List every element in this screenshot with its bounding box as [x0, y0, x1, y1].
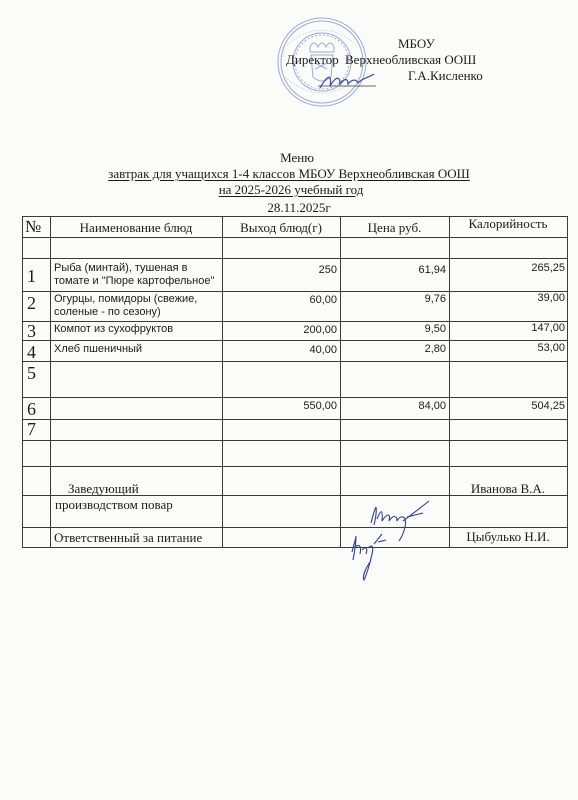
row-1-num: 1: [27, 266, 36, 286]
signature-2-role: Ответственный за питание: [54, 530, 202, 545]
signature-tsybulko: [348, 532, 390, 582]
header-calories: Калорийность: [449, 216, 567, 231]
row-2-name-line2: соленые - по сезону): [54, 306, 161, 319]
signature-1-role-line2: производством повар: [55, 497, 173, 512]
menu-table: № Наименование блюд Выход блюд(г) Цена р…: [22, 216, 568, 548]
row-2-name-line1: Огурцы, помидоры (свежие,: [54, 293, 197, 306]
row-2-calories: 39,00: [449, 292, 565, 305]
row-1-calories: 265,25: [449, 262, 565, 275]
header-price: Цена руб.: [340, 220, 449, 235]
row-2-num: 2: [27, 293, 36, 313]
menu-subtitle-text: завтрак для учащихся 1-4 классов МБОУ Ве…: [108, 166, 470, 181]
row-4-price: 2,80: [340, 343, 446, 356]
row-3-calories: 147,00: [449, 322, 565, 335]
row-3-name: Компот из сухофруктов: [54, 323, 173, 336]
header-num: №: [25, 217, 41, 237]
menu-subtitle: завтрак для учащихся 1-4 классов МБОУ Ве…: [0, 166, 578, 182]
grid-line: [22, 397, 568, 398]
row-4-calories: 53,00: [449, 342, 565, 355]
row-3-price: 9,50: [340, 323, 446, 336]
row-7-num: 7: [27, 419, 36, 439]
grid-line: [22, 340, 568, 341]
row-6-calories-total: 504,25: [449, 400, 565, 413]
director-signature: [318, 70, 378, 92]
row-6-output-total: 550,00: [222, 400, 337, 413]
row-5-num: 5: [27, 363, 36, 383]
signature-1-name: Иванова В.А.: [449, 481, 567, 496]
row-1-price: 61,94: [340, 264, 446, 277]
row-4-name: Хлеб пшеничный: [54, 343, 142, 356]
signature-2-name: Цыбулько Н.И.: [449, 529, 567, 544]
row-2-output: 60,00: [222, 294, 337, 307]
grid-line: [22, 237, 568, 238]
row-1-output: 250: [222, 264, 337, 277]
grid-line: [22, 419, 568, 420]
menu-heading: Меню: [8, 150, 578, 166]
row-3-output: 200,00: [222, 324, 337, 337]
approval-org: МБОУ: [398, 36, 435, 52]
grid-line: [22, 466, 568, 467]
menu-school-year: на 2025-2026 учебный год: [2, 182, 578, 198]
row-6-num: 6: [27, 399, 36, 419]
header-name: Наименование блюд: [50, 220, 222, 235]
grid-line: [22, 258, 568, 259]
row-6-price-total: 84,00: [340, 400, 446, 413]
signature-1-role-line1: Заведующий: [68, 481, 139, 496]
row-1-name-line2: томате и "Пюре картофельное": [54, 275, 214, 288]
grid-line: [22, 440, 568, 441]
grid-line: [50, 216, 51, 548]
approval-role: Директор: [286, 52, 339, 68]
approval-director-name: Г.А.Кисленко: [408, 68, 483, 84]
grid-line: [567, 216, 568, 548]
row-1-name-line1: Рыба (минтай), тушеная в: [54, 262, 188, 275]
row-4-num: 4: [27, 342, 36, 362]
menu-date: 28.11.2025г: [10, 200, 578, 216]
row-3-num: 3: [27, 321, 36, 341]
grid-line: [22, 216, 23, 548]
grid-line: [22, 361, 568, 362]
menu-school-year-text: на 2025-2026 учебный год: [219, 182, 364, 197]
grid-line: [22, 547, 568, 548]
approval-school: Верхнеобливская ООШ: [345, 52, 476, 68]
row-4-output: 40,00: [222, 344, 337, 357]
header-output: Выход блюд(г): [222, 220, 340, 235]
grid-line: [22, 527, 568, 528]
row-2-price: 9,76: [340, 293, 446, 306]
